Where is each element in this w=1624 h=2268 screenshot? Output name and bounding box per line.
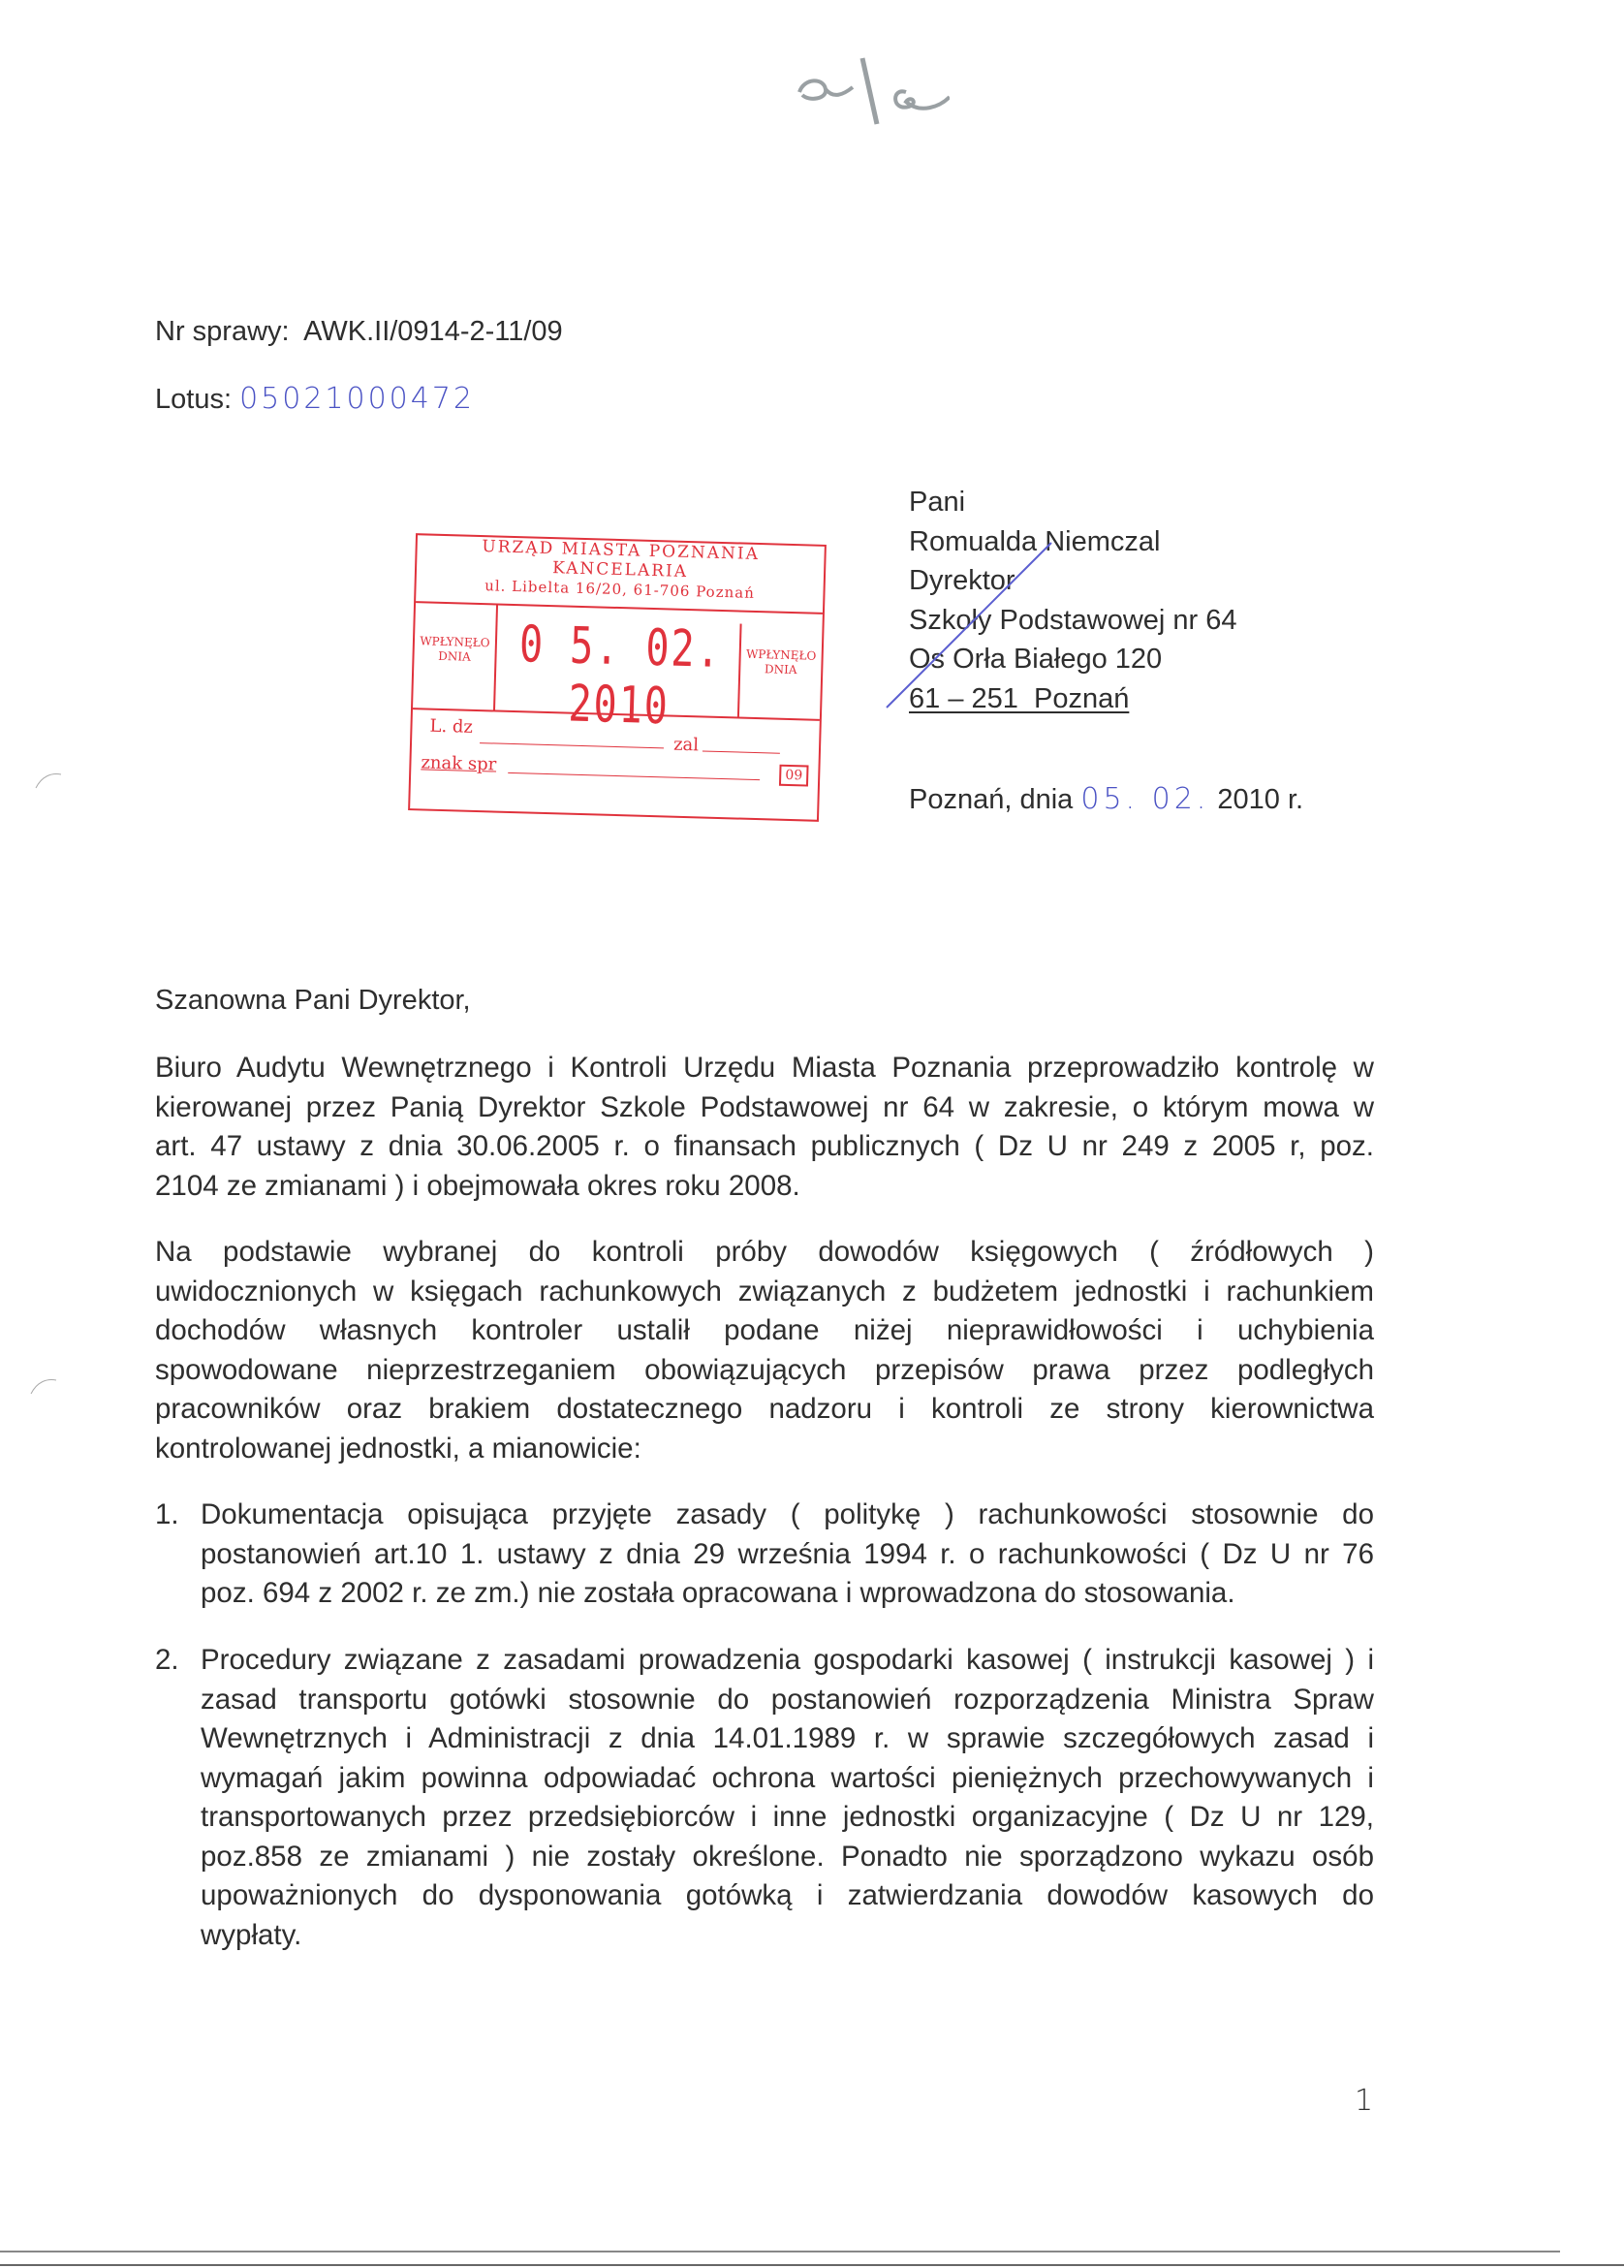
stamp-ldz-label: L. dz xyxy=(429,716,473,738)
stamp-znak-line xyxy=(508,772,760,780)
scan-edge-line xyxy=(0,2251,1560,2252)
stamp-znak-label: znak spr xyxy=(421,752,496,774)
registry-stamp: URZĄD MIASTA POZNANIA KANCELARIA ul. Lib… xyxy=(408,533,827,822)
place-date-year: 2010 r. xyxy=(1217,784,1303,815)
stamp-received-label-right: WPŁYNĘŁODNIA xyxy=(737,624,823,719)
stamp-header: URZĄD MIASTA POZNANIA KANCELARIA ul. Lib… xyxy=(416,535,825,614)
finding-number: 1. xyxy=(155,1496,179,1535)
scan-edge-line xyxy=(0,2264,1624,2266)
place-date: Poznań, dnia 05. 02. 2010 r. xyxy=(909,780,1303,819)
case-number: Nr sprawy: AWK.II/0914-2-11/09 xyxy=(155,312,563,351)
pen-stroke-mark xyxy=(882,523,1056,717)
recipient-line: Pani xyxy=(909,483,1237,522)
lotus-value-handwritten: 05021000472 xyxy=(239,382,475,416)
lotus-label: Lotus: xyxy=(155,384,232,415)
page-number: 1 xyxy=(1355,2084,1373,2118)
finding-number: 2. xyxy=(155,1641,179,1681)
paragraph-intro: Biuro Audytu Wewnętrznego i Kontroli Urz… xyxy=(155,1049,1374,1206)
stamp-ldz-line xyxy=(480,742,664,748)
paragraph-findings-intro: Na podstawie wybranej do kontroli próby … xyxy=(155,1233,1374,1468)
handwritten-date: 05. 02. xyxy=(1080,782,1209,816)
scan-margin-mark xyxy=(34,771,63,790)
salutation: Szanowna Pani Dyrektor, xyxy=(155,981,471,1020)
finding-text: Dokumentacja opisująca przyjęte zasady (… xyxy=(201,1496,1374,1614)
scan-margin-mark xyxy=(29,1376,58,1396)
handwritten-initials xyxy=(795,48,950,136)
case-number-value: AWK.II/0914-2-11/09 xyxy=(303,316,563,347)
stamp-zal-line xyxy=(703,750,780,753)
stamp-zal-label: zal xyxy=(673,735,700,756)
stamp-received-label-left: WPŁYNĘŁODNIA xyxy=(413,603,498,709)
lotus-number: Lotus: 05021000472 xyxy=(155,380,475,419)
stamp-box-value: 09 xyxy=(779,765,808,787)
finding-text: Procedury związane z zasadami prowadzeni… xyxy=(201,1641,1374,1955)
case-number-label: Nr sprawy: xyxy=(155,316,290,347)
place-date-prefix: Poznań, dnia xyxy=(909,784,1073,815)
